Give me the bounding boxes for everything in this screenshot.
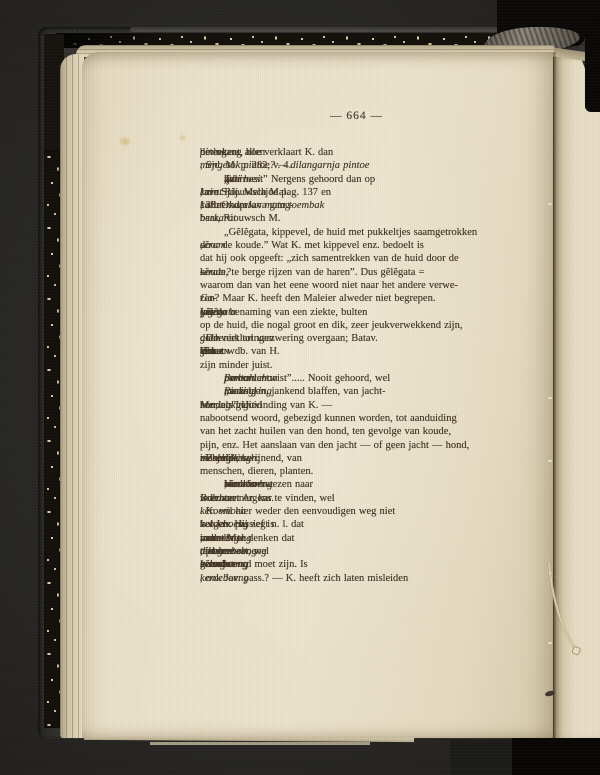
text-line: zen? Maar K. heeft den Maleier alweder n…: [200, 292, 513, 305]
text-line: baar, Riouwsch M. berkarat.: [200, 212, 513, 225]
foxing-stain: [118, 136, 132, 147]
text-line: Van kĕroeboeng wordt verwezen naar roemo…: [200, 478, 513, 491]
foxing-stain: [178, 134, 187, 142]
text-line: pijn, enz. Het aanslaan van den jacht — …: [200, 439, 513, 452]
text-line: honden.” Uitvinding van K. — Meringking …: [200, 399, 513, 412]
text-line: boeng, zoodat keroeboeng grondwoord moet…: [200, 558, 513, 571]
sewing-hole: [548, 397, 552, 399]
text-line: van roeboeng, zonder te denken dat meroe…: [200, 532, 513, 545]
text-line: doch niet tot verzwering overgaan; Batav…: [200, 332, 513, 345]
text-line: Bantah, woordentwist”..... Nooit gehoord…: [200, 372, 513, 385]
page-edges-bottom: [150, 742, 370, 745]
text-line: kĕroemoen. K. wil hier weder den eenvoud…: [200, 505, 513, 518]
scan-shadow-bottom: [450, 740, 512, 775]
text-line: volgen. Hij zegt n. l. dat keroeboeng he…: [200, 518, 513, 531]
text-line: menschen, dieren, planten.: [200, 465, 513, 478]
page-edges-left: [60, 54, 84, 738]
text-line: mengetok pintoe? — dilangarnja pintoe, S…: [200, 159, 513, 172]
sewing-hole: [548, 203, 552, 205]
text-line: van Batten en Homan van gidoe in het wdb…: [200, 345, 513, 358]
text-line: 139. Onder karat: karatan mata toembak; …: [200, 199, 513, 212]
text-line: is menjalak. Bataviaasch: mérèngkèng zie…: [200, 452, 513, 465]
text-line: „Gĕlĕgata, kippevel, de huid met pukkelt…: [200, 226, 513, 239]
scanned-book-photo: — 664 — de ingang allen pintoe beteekent…: [0, 0, 600, 775]
text-line: „Tahi,..... tahi besi ijzerroest” Nergen…: [200, 173, 513, 186]
binding-thread: [538, 555, 598, 675]
text-line: wdb. met Ar. kar. Roemoen is echter nerg…: [200, 492, 513, 505]
text-line: keroeboeng, ook Jav. pass.? — K. heeft z…: [200, 572, 513, 585]
text-line: zijn minder juist.: [200, 359, 513, 372]
text-line: waarom dan van het eene woord niet naar …: [200, 279, 513, 292]
scan-dark-corner-top-right: [585, 0, 600, 112]
text-line: „Rinking, meringking, aanslaan, jankend …: [200, 385, 513, 398]
text-line: koude, te berge rijzen van de haren”. Du…: [200, 266, 513, 279]
text-line: nabootsend woord, gebezigd kunnen worden…: [200, 412, 513, 425]
text-line: de ingang allen pintoe beteekent, hoe ve…: [200, 146, 513, 159]
text-block: de ingang allen pintoe beteekent, hoe ve…: [200, 146, 513, 598]
page-number: — 664 —: [200, 110, 513, 126]
text-line: op de huid, die nogal groot en dik, zeer…: [200, 319, 513, 332]
book-page: — 664 — de ingang allen pintoe beteekent…: [82, 52, 553, 738]
text-line: dat hij ook opgeeft: „zich samentrekken …: [200, 252, 513, 265]
text-line: lagata (niet gĕlĕgata) is de benaming va…: [200, 306, 513, 319]
text-line: niet bestaat, wel mengeroeboeng, pass. d…: [200, 545, 513, 558]
scan-dark-corner-bottom-right: [512, 738, 600, 775]
text-line: van het zacht huilen van den hond, ten g…: [200, 425, 513, 438]
text-line: Java. Riouwsch Mal. karat, zie Sjdj. Mel…: [200, 186, 513, 199]
cover-top-highlight: [130, 27, 554, 32]
text-line: door de koude.” Wat K. met kippevel enz.…: [200, 239, 513, 252]
sewing-hole: [548, 460, 552, 462]
